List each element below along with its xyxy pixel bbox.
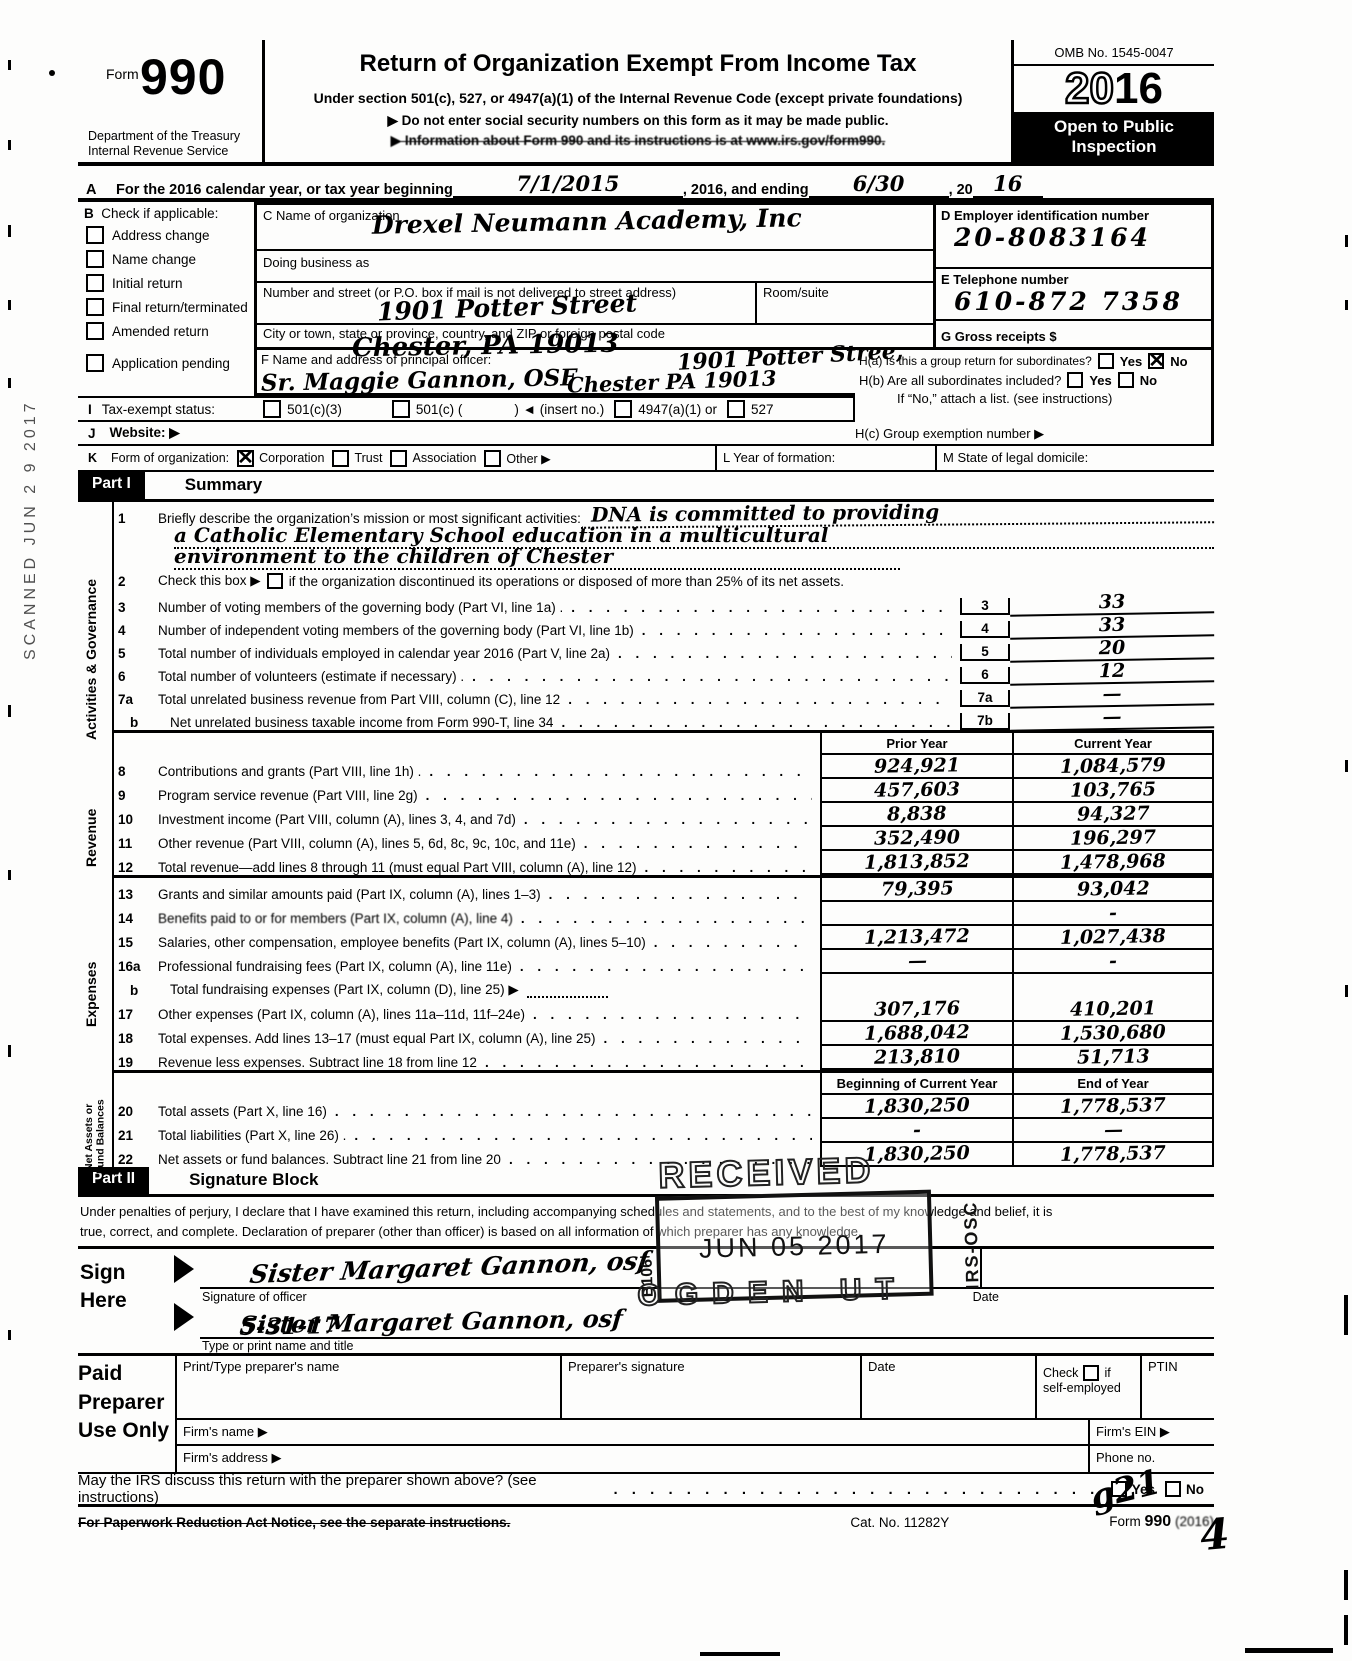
summary-row-7a: 7a Total unrelated business revenue from… [114, 684, 1214, 707]
prior-year-value[interactable]: — [907, 950, 926, 972]
discuss-no-checkbox[interactable] [1165, 1481, 1181, 1497]
row-value[interactable]: — [1010, 704, 1214, 732]
state-domicile-label: M State of legal domicile: [943, 450, 1088, 465]
perjury-line1: Under penalties of perjury, I declare th… [80, 1202, 1212, 1222]
org-name-row: C Name of organization Drexel Neumann Ac… [257, 205, 933, 251]
checkbox-label: Name change [112, 252, 196, 267]
application-pending-checkbox[interactable] [86, 354, 104, 372]
checkbox-initial-return[interactable]: Initial return [78, 271, 254, 295]
row-label: Number of voting members of the governin… [158, 600, 563, 615]
prior-year-value[interactable]: 352,490 [874, 826, 960, 849]
form-header: Form 990 Department of the Treasury Inte… [78, 40, 1214, 166]
option-501c: 501(c) () ◄ (insert no.) [392, 400, 604, 418]
paid-preparer-block: Paid Preparer Use Only Print/Type prepar… [78, 1356, 1214, 1474]
scan-artifact [8, 225, 11, 237]
label-other: Other ▶ [506, 451, 550, 466]
address-change-checkbox[interactable] [86, 226, 104, 244]
title-block: Return of Organization Exempt From Incom… [265, 40, 1011, 162]
scan-artifact [8, 1330, 11, 1340]
scan-artifact [8, 705, 11, 717]
identification-block: B Check if applicable: Address change Na… [78, 202, 1214, 472]
gross-receipts-label: G Gross receipts $ [941, 329, 1057, 344]
department-lines: Department of the Treasury Internal Reve… [88, 129, 240, 158]
current-year-value[interactable]: 410,201 [1070, 997, 1156, 1020]
line-a-text3: , 20 [949, 182, 973, 198]
no-label: No [1186, 1482, 1204, 1497]
checkbox-application-pending[interactable]: Application pending [78, 351, 254, 375]
hb-yes-label: Yes [1089, 373, 1111, 388]
officer-name-value[interactable]: Sr. Maggie Gannon, OSF [261, 364, 577, 397]
row-label: Benefits paid to or for members (Part IX… [158, 911, 513, 926]
sign-arrow-icon [174, 1303, 194, 1331]
expense-row-14: 14 Benefits paid to or for members (Part… [114, 902, 1214, 926]
omb-number: OMB No. 1545-0047 [1014, 40, 1214, 66]
catalog-number: Cat. No. 11282Y [850, 1515, 949, 1530]
row-number: 11 [114, 836, 158, 851]
label-4947: 4947(a)(1) or [638, 402, 717, 417]
street-row: Number and street (or P.O. box if mail i… [257, 283, 933, 325]
tax-year: 2016 [1014, 66, 1214, 114]
dba-row[interactable]: Doing business as [257, 251, 933, 283]
option-501c3: 501(c)(3) [263, 400, 342, 418]
hb-yes-checkbox[interactable] [1067, 372, 1083, 388]
irs-discuss-text: May the IRS discuss this return with the… [78, 1472, 605, 1506]
current-year-value[interactable]: 94,327 [1076, 802, 1149, 825]
typed-name-line[interactable]: Sister Margaret Gannon, osf 5-31-17 [200, 1307, 1214, 1339]
summary-row-7b: b Net unrelated business taxable income … [114, 707, 1214, 730]
year-outline: 20 [1065, 64, 1114, 113]
checkbox-address-change[interactable]: Address change [78, 223, 254, 247]
checkbox-label: Final return/terminated [112, 300, 248, 315]
irs-discuss-row: May the IRS discuss this return with the… [78, 1474, 1214, 1507]
row-label: Revenue less expenses. Subtract line 18 … [158, 1055, 477, 1070]
discontinued-checkbox[interactable] [267, 573, 283, 589]
cb-527[interactable] [727, 400, 745, 418]
beginning-value[interactable]: 1,830,250 [864, 1094, 970, 1118]
omb-year-block: OMB No. 1545-0047 2016 Open to Public In… [1011, 40, 1214, 162]
hb-no-label: No [1140, 373, 1157, 388]
current-year-value[interactable]: 1,478,968 [1060, 850, 1166, 874]
row-number: 22 [114, 1152, 158, 1167]
preparer-word: Preparer [78, 1389, 169, 1417]
line-j-website[interactable]: J Website: ▶ [78, 422, 855, 446]
tax-exempt-label: Tax-exempt status: [102, 402, 215, 417]
cb-corporation[interactable] [237, 450, 254, 467]
tax-year-end-field[interactable]: 6/30 [809, 171, 949, 198]
expense-row-18: 18 Total expenses. Add lines 13–17 (must… [114, 1022, 1214, 1046]
prior-year-value[interactable]: 1,213,472 [864, 925, 970, 949]
line-number-box: 7b [960, 713, 1010, 730]
current-year-value[interactable]: 1,027,438 [1060, 925, 1166, 949]
scan-artifact [8, 870, 11, 880]
cb-501c[interactable] [392, 400, 410, 418]
checkbox-amended-return[interactable]: Amended return [78, 319, 254, 343]
checkbox-label: Application pending [112, 356, 230, 371]
mission-handwriting-3[interactable]: environment to the children of Chester [174, 544, 900, 570]
preparer-name-cell[interactable]: Print/Type preparer's name [177, 1356, 562, 1418]
dot-leader [524, 812, 812, 827]
line-a-text1: For the 2016 calendar year, or tax year … [116, 182, 453, 198]
row-number: 8 [114, 764, 158, 779]
ein-cell: D Employer identification number 20-8083… [936, 205, 1211, 269]
state-domicile-cell[interactable]: M State of legal domicile: [935, 446, 1214, 470]
line-k-letter: K [78, 451, 103, 465]
row-number: 7a [114, 692, 158, 707]
summary-row-4: 4 Number of independent voting members o… [114, 615, 1214, 638]
amended-return-checkbox[interactable] [86, 322, 104, 340]
row-number: 9 [114, 788, 158, 803]
part1-label: Part I [78, 472, 145, 499]
room-suite-label: Room/suite [763, 285, 829, 300]
prior-year-value[interactable]: 457,603 [874, 778, 960, 801]
room-suite-cell[interactable]: Room/suite [755, 283, 933, 323]
officer-address-line2[interactable]: Chester PA 19013 [567, 365, 777, 397]
title-subtitle: Under section 501(c), 527, or 4947(a)(1)… [265, 90, 1011, 106]
handwritten-page-number: 4 [1198, 1509, 1231, 1560]
sign-here-words: Sign Here [80, 1259, 127, 1314]
line-number-box: 3 [960, 598, 1010, 615]
ha-no-checkbox[interactable] [1148, 353, 1164, 369]
row-number: 15 [114, 935, 158, 950]
dot-leader [521, 911, 812, 926]
end-value[interactable]: 1,778,537 [1060, 1142, 1166, 1166]
preparer-date-cell[interactable]: Date [862, 1356, 1037, 1418]
end-value[interactable]: — [1103, 1119, 1122, 1141]
label-insert-no: ) ◄ (insert no.) [514, 402, 604, 417]
current-year-value[interactable]: 1,530,680 [1060, 1021, 1166, 1045]
prior-year-value[interactable]: 307,176 [874, 997, 960, 1020]
dot-leader [618, 646, 952, 661]
form-footer: For Paperwork Reduction Act Notice, see … [78, 1507, 1214, 1537]
scan-artifact [1345, 760, 1348, 772]
row-number: 21 [114, 1128, 158, 1143]
org-name-value[interactable]: Drexel Neumann Academy, Inc [372, 203, 802, 239]
paid-preparer-words: Paid Preparer Use Only [78, 1360, 169, 1445]
cb-other[interactable] [484, 450, 501, 467]
checkbox-label: Amended return [112, 324, 209, 339]
prior-year-value[interactable]: 1,813,852 [864, 850, 970, 874]
firm-address-cell[interactable]: Firm's address ▶ [177, 1446, 1090, 1472]
beginning-value[interactable]: - [913, 1119, 921, 1141]
line2-pre: Check this box ▶ [158, 573, 261, 589]
scanned-date-stamp: SCANNED JUN 2 9 2017 [22, 360, 40, 660]
check-word: Check [1043, 1366, 1078, 1380]
ein-label: D Employer identification number [936, 205, 1211, 223]
side-label-governance: Activities & Governance [84, 542, 99, 777]
dot-leader [613, 1481, 1102, 1498]
scan-artifact [1344, 1295, 1348, 1335]
row-label: Salaries, other compensation, employee b… [158, 935, 646, 950]
revenue-row-12: 12 Total revenue—add lines 8 through 11 … [114, 851, 1214, 875]
row-label: Net unrelated business taxable income fr… [170, 715, 553, 730]
row-label: Number of independent voting members of … [158, 623, 634, 638]
preparer-signature-label: Preparer's signature [568, 1359, 685, 1374]
current-year-value[interactable]: 103,765 [1070, 778, 1156, 801]
signature-date-cell[interactable] [980, 1249, 1214, 1287]
row-number: 4 [114, 623, 158, 638]
preparer-row-1: Print/Type preparer's name Preparer's si… [175, 1356, 1214, 1420]
phone-cell: E Telephone number 610-872 7358 [936, 269, 1211, 321]
dot-leader [568, 692, 952, 707]
part2-title: Signature Block [149, 1167, 318, 1194]
row-label: Total number of volunteers (estimate if … [158, 669, 464, 684]
dot-leader [354, 1128, 812, 1143]
type-or-print-label: Type or print name and title [202, 1339, 353, 1353]
net-assets-block: Beginning of Current Year End of Year 20… [114, 1070, 1214, 1167]
dot-leader [642, 623, 952, 638]
row-number: 20 [114, 1104, 158, 1119]
section-b-label: B Check if applicable: [78, 202, 254, 223]
scan-artifact [8, 378, 11, 388]
side-label-revenue: Revenue [84, 770, 99, 905]
hc-row[interactable]: H(c) Group exemption number ▶ [855, 422, 1214, 446]
net-row-20: 20 Total assets (Part X, line 16) 1,830,… [114, 1095, 1214, 1119]
if-word: if [1104, 1366, 1110, 1380]
beginning-value[interactable]: 1,830,250 [864, 1142, 970, 1166]
row-number: 18 [114, 1031, 158, 1046]
initial-return-checkbox[interactable] [86, 274, 104, 292]
phone-value[interactable]: 610-872 7358 [936, 287, 1211, 316]
preparer-row-2: Firm's name ▶ Firm's EIN ▶ [175, 1420, 1214, 1446]
row-number: b [114, 715, 170, 730]
scan-artifact [8, 300, 11, 310]
end-value[interactable]: 1,778,537 [1060, 1094, 1166, 1118]
name-change-checkbox[interactable] [86, 250, 104, 268]
scan-artifact [1245, 1648, 1333, 1653]
row-label: Total assets (Part X, line 16) [158, 1104, 327, 1119]
row-number: 3 [114, 600, 158, 615]
dot-leader [533, 1007, 812, 1022]
preparer-signature-cell[interactable]: Preparer's signature [562, 1356, 862, 1418]
dept-line1: Department of the Treasury [88, 129, 240, 143]
prior-year-value[interactable]: 1,688,042 [864, 1021, 970, 1045]
prior-year-value[interactable]: 924,921 [874, 754, 960, 777]
net-row-21: 21 Total liabilities (Part X, line 26) .… [114, 1119, 1214, 1143]
sign-here-block: Sign Here Sister Margaret Gannon, osf Si… [78, 1249, 1214, 1356]
expense-row-17: 17 Other expenses (Part IX, column (A), … [114, 998, 1214, 1022]
checkbox-final-return[interactable]: Final return/terminated [78, 295, 254, 319]
tax-year-begin-field[interactable]: 7/1/2015 [453, 171, 683, 198]
expense-row-13: 13 Grants and similar amounts paid (Part… [114, 878, 1214, 902]
section-c-organization: C Name of organization Drexel Neumann Ac… [254, 202, 936, 350]
checkbox-label: Address change [112, 228, 210, 243]
summary-row-5: 5 Total number of individuals employed i… [114, 638, 1214, 661]
tax-year-end-year-field[interactable]: 16 [973, 171, 1043, 198]
ha-row: H(a) Is this a group return for subordin… [855, 350, 1211, 369]
ha-no-label: No [1170, 354, 1187, 369]
cb-association[interactable] [390, 450, 407, 467]
hb-note: If “No,” attach a list. (see instruction… [855, 388, 1211, 406]
firm-name-cell[interactable]: Firm's name ▶ [177, 1420, 1090, 1444]
row-number: 13 [114, 887, 158, 902]
dot-leader [485, 1055, 812, 1070]
row-number: 6 [114, 669, 158, 684]
officer-label: F Name and address of principal officer: [261, 352, 491, 367]
label-trust: Trust [354, 451, 382, 465]
line2-number: 2 [114, 574, 158, 589]
line1-number: 1 [114, 511, 158, 526]
final-return-checkbox[interactable] [86, 298, 104, 316]
dot-leader [571, 600, 952, 615]
ha-yes-checkbox[interactable] [1098, 353, 1114, 369]
hc-label: H(c) Group exemption number ▶ [855, 426, 1044, 441]
checkbox-label: Initial return [112, 276, 183, 291]
cb-4947[interactable] [614, 400, 632, 418]
scan-artifact [1344, 1615, 1348, 1645]
sign-word: Sign [80, 1259, 127, 1286]
row-number: 10 [114, 812, 158, 827]
firm-address-label: Firm's address ▶ [183, 1450, 281, 1465]
form-of-org: K Form of organization: Corporation Trus… [78, 446, 715, 470]
ha-yes-label: Yes [1120, 354, 1142, 369]
dot-leader [584, 836, 812, 851]
row-label: Contributions and grants (Part VIII, lin… [158, 764, 421, 779]
current-year-value[interactable]: 196,297 [1070, 826, 1156, 849]
expense-row-16b: b Total fundraising expenses (Part IX, c… [114, 974, 1214, 998]
revenue-row-10: 10 Investment income (Part VIII, column … [114, 803, 1214, 827]
row-label: Total unrelated business revenue from Pa… [158, 692, 560, 707]
summary-row-6: 6 Total number of volunteers (estimate i… [114, 661, 1214, 684]
current-year-value[interactable]: - [1109, 950, 1117, 972]
current-year-value[interactable]: 51,713 [1076, 1045, 1149, 1068]
current-year-header: Current Year [1012, 733, 1214, 755]
expense-row-16a: 16a Professional fundraising fees (Part … [114, 950, 1214, 974]
line-i-tax-exempt: I Tax-exempt status: 501(c)(3) 501(c) ()… [78, 396, 855, 422]
self-employed-cell: Checkif self-employed [1037, 1356, 1142, 1418]
option-4947: 4947(a)(1) or [614, 400, 717, 418]
scan-artifact [8, 1045, 11, 1057]
expenses-block: 13 Grants and similar amounts paid (Part… [114, 875, 1214, 1070]
prior-year-header: Prior Year [820, 733, 1012, 755]
scan-artifact [1345, 300, 1348, 310]
prior-year-value[interactable]: 79,395 [880, 877, 953, 900]
section-b-letter: B [84, 206, 94, 221]
form-990: Form 990 Department of the Treasury Inte… [78, 40, 1214, 1537]
dot-leader [654, 935, 812, 950]
year-bold: 16 [1114, 64, 1163, 113]
checkbox-name-change[interactable]: Name change [78, 247, 254, 271]
current-year-value[interactable]: 93,042 [1076, 877, 1149, 900]
row-label: Professional fundraising fees (Part IX, … [158, 959, 512, 974]
scan-artifact [1345, 235, 1348, 247]
self-employed-checkbox[interactable] [1083, 1365, 1099, 1381]
open-line1: Open to Public [1014, 117, 1214, 137]
footer-form-word: Form [1109, 1514, 1141, 1529]
scanned-form-990-page: SCANNED JUN 2 9 2017 Form 990 Department… [0, 0, 1352, 1661]
signature-of-officer-label: Signature of officer [202, 1290, 307, 1304]
row-number: 16a [114, 959, 158, 974]
option-527: 527 [727, 400, 774, 418]
year-of-formation-label: L Year of formation: [723, 450, 835, 465]
row-label: Investment income (Part VIII, column (A)… [158, 812, 516, 827]
dot-leader [645, 860, 813, 875]
row-number: 14 [114, 911, 158, 926]
row-label: Grants and similar amounts paid (Part IX… [158, 887, 541, 902]
row-label: Program service revenue (Part VIII, line… [158, 788, 418, 803]
revenue-row-11: 11 Other revenue (Part VIII, column (A),… [114, 827, 1214, 851]
ein-value[interactable]: 20-8083164 [936, 223, 1211, 252]
form-word: Form [106, 66, 139, 82]
row-label: Total fundraising expenses (Part IX, col… [170, 982, 519, 998]
line-a-letter: A [78, 182, 116, 198]
year-of-formation-cell[interactable]: L Year of formation: [715, 446, 935, 470]
open-to-public-badge: Open to Public Inspection [1014, 114, 1214, 162]
current-year-value[interactable]: - [1109, 902, 1117, 924]
prior-year-value[interactable]: 8,838 [887, 802, 947, 825]
line-k-organization: K Form of organization: Corporation Trus… [78, 446, 1214, 472]
scan-artifact [1344, 1570, 1348, 1600]
ptin-label: PTIN [1148, 1359, 1178, 1374]
label-527: 527 [751, 402, 774, 417]
sign-arrow-icon [174, 1255, 194, 1283]
firm-name-label: Firm's name ▶ [183, 1424, 268, 1439]
perjury-line2: true, correct, and complete. Declaration… [80, 1222, 1212, 1242]
dept-line2: Internal Revenue Service [88, 144, 240, 158]
signature-date-handwriting: 5-31-17 [239, 1300, 1025, 1341]
cb-501c3[interactable] [263, 400, 281, 418]
row-number: 19 [114, 1055, 158, 1070]
row-label: Total revenue—add lines 8 through 11 (mu… [158, 860, 637, 875]
summary-row-3: 3 Number of voting members of the govern… [114, 592, 1214, 615]
part2-bar: Part II Signature Block [78, 1167, 1214, 1197]
net-assets-column-headers: Beginning of Current Year End of Year [114, 1073, 1214, 1095]
side-label-expenses: Expenses [84, 902, 99, 1087]
scan-artifact [49, 70, 55, 76]
officer-signature-handwriting: Sister Margaret Gannon, osf [248, 1246, 651, 1289]
dot-leader [472, 669, 952, 684]
row-number: 12 [114, 860, 158, 875]
header-bullet-2: ▶ Information about Form 990 and its ins… [265, 133, 1011, 149]
firm-ein-cell[interactable]: Firm's EIN ▶ [1090, 1420, 1214, 1444]
dba-label: Doing business as [263, 255, 369, 270]
gross-receipts-cell[interactable]: G Gross receipts $ [936, 321, 1211, 344]
revenue-row-9: 9 Program service revenue (Part VIII, li… [114, 779, 1214, 803]
prior-year-value[interactable]: 213,810 [874, 1045, 960, 1068]
dot-leader [549, 887, 812, 902]
preparer-row-3: Firm's address ▶ Phone no. [175, 1446, 1214, 1472]
option-corporation: Corporation [237, 450, 324, 467]
row-number: 17 [114, 1007, 158, 1022]
row-label: Total number of individuals employed in … [158, 646, 610, 661]
dot-leader [335, 1104, 812, 1119]
current-year-value[interactable]: 1,084,579 [1060, 754, 1166, 778]
part1-title: Summary [145, 472, 262, 499]
firm-ein-label: Firm's EIN ▶ [1096, 1424, 1170, 1439]
line-j-letter: J [78, 426, 110, 441]
use-only-word: Use Only [78, 1417, 169, 1445]
hb-no-checkbox[interactable] [1118, 372, 1134, 388]
line-a-tax-year: A For the 2016 calendar year, or tax yea… [78, 166, 1214, 202]
form-number: 990 [140, 48, 226, 106]
label-501c3: 501(c)(3) [287, 402, 342, 417]
dot-leader [429, 764, 812, 779]
expense-row-19: 19 Revenue less expenses. Subtract line … [114, 1046, 1214, 1070]
dot-leader [561, 715, 952, 730]
line-number-box: 7a [960, 690, 1010, 707]
row-label: Total liabilities (Part X, line 26) . [158, 1128, 346, 1143]
ptin-cell[interactable]: PTIN [1142, 1356, 1214, 1418]
cb-trust[interactable] [332, 450, 349, 467]
here-word: Here [80, 1287, 127, 1314]
line-number-box: 5 [960, 644, 1010, 661]
part1-summary: Activities & Governance Revenue Expenses… [78, 502, 1214, 1167]
net-row-22: 22 Net assets or fund balances. Subtract… [114, 1143, 1214, 1167]
form-of-org-label: Form of organization: [111, 451, 229, 465]
line2-post: if the organization discontinued its ope… [289, 574, 844, 589]
preparer-date-label: Date [868, 1359, 895, 1374]
row-number: 5 [114, 646, 158, 661]
revenue-column-headers: Prior Year Current Year [114, 730, 1214, 755]
